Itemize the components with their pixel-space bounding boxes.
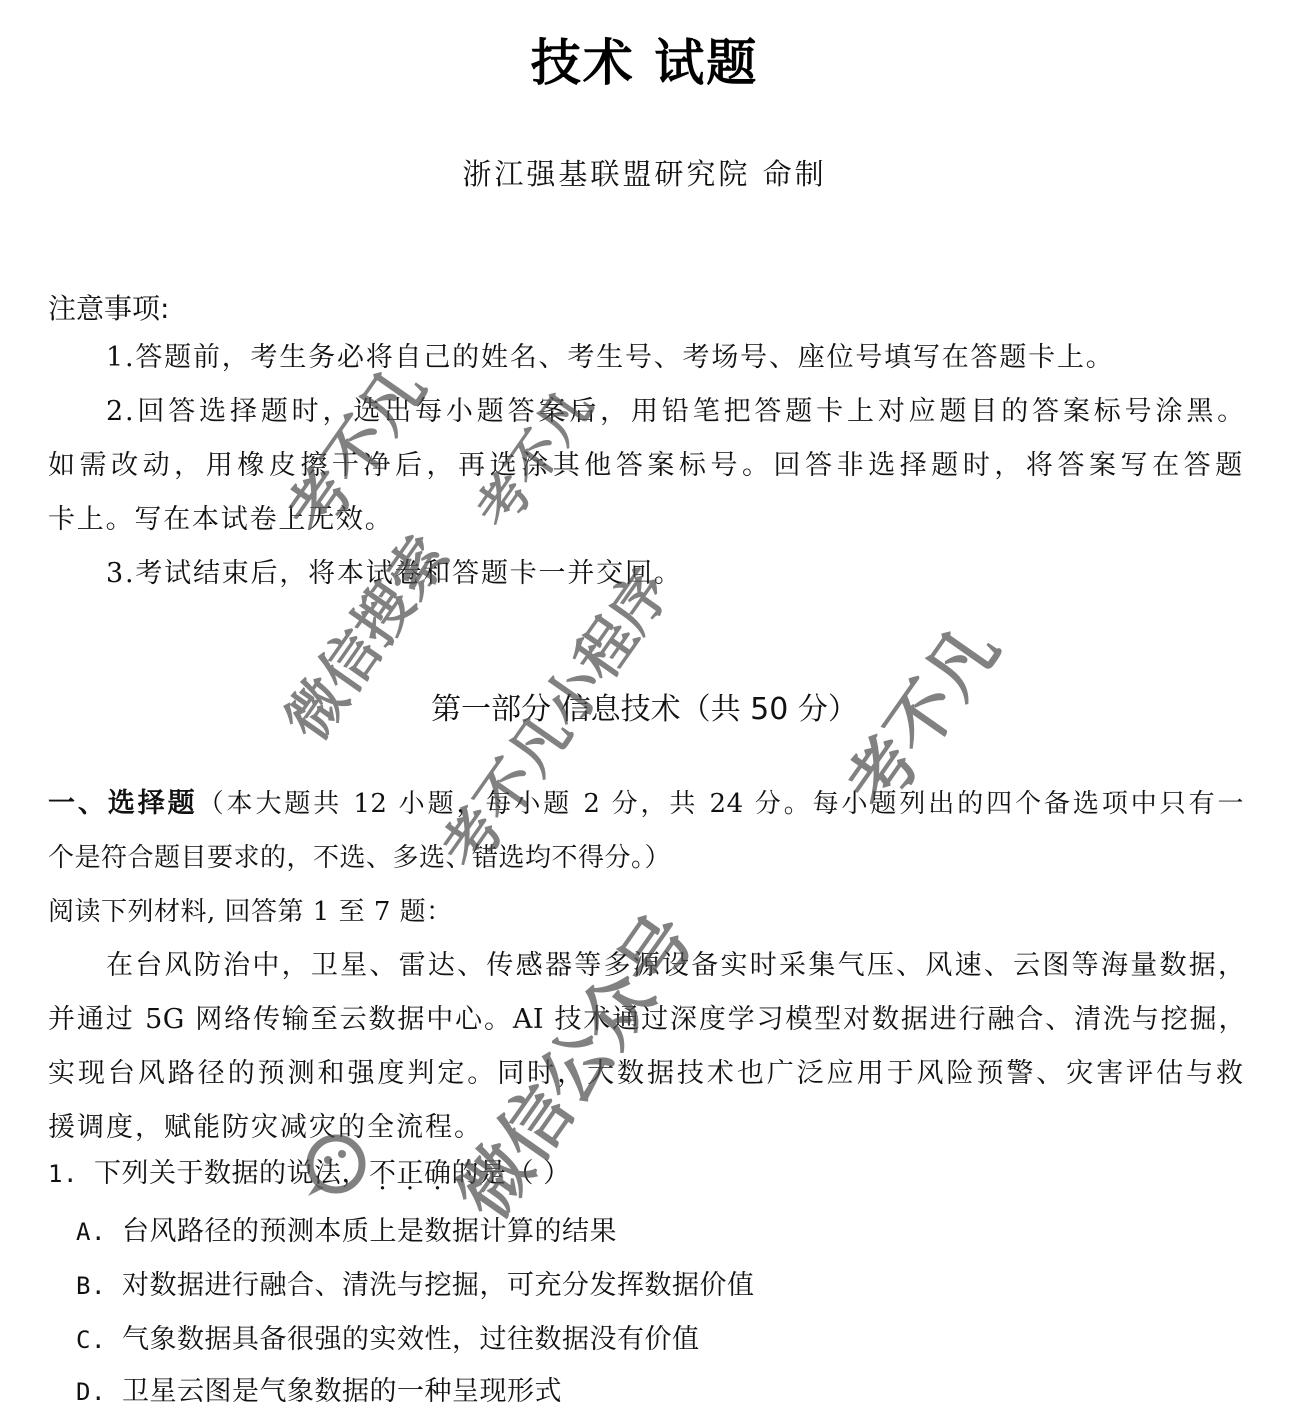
material-line-2: 并通过 5G 网络传输至云数据中心。AI 技术通过深度学习模型对数据进行融合、清… xyxy=(48,1000,1246,1040)
section-desc-2: 个是符合题目要求的，不选、多选、错选均不得分。） xyxy=(48,838,671,878)
option-letter: C. xyxy=(76,1320,122,1360)
material-line-1: 在台风防治中，卫星、雷达、传感器等多源设备实时采集气压、风速、云图等海量数据， xyxy=(106,946,1246,986)
part-heading: 第一部分 信息技术（共 50 分） xyxy=(0,688,1289,732)
option-letter: B. xyxy=(76,1266,122,1306)
section-label: 一、选择题 xyxy=(48,788,198,819)
option-letter: A. xyxy=(76,1212,122,1252)
emphasis-char: 正 xyxy=(397,1154,425,1194)
notice-item-2-cont: 如需改动，用橡皮擦干净后，再选涂其他答案标号。回答非选择题时，将答案写在答题 xyxy=(48,446,1244,486)
emphasis-char: 确 xyxy=(424,1154,452,1194)
question-stem-before: 下列关于数据的说法， xyxy=(94,1158,369,1189)
material-line-3: 实现台风路径的预测和强度判定。同时，大数据技术也广泛应用于风险预警、灾害评估与救 xyxy=(48,1054,1244,1094)
option-text: 气象数据具备很强的实效性，过往数据没有价值 xyxy=(122,1324,700,1355)
option-a: A.台风路径的预测本质上是数据计算的结果 xyxy=(76,1212,617,1252)
material-line-4: 援调度，赋能防灾减灾的全流程。 xyxy=(48,1108,483,1148)
notice-item-2: 2.回答选择题时，选出每小题答案后，用铅笔把答题卡上对应题目的答案标号涂黑。 xyxy=(106,392,1246,432)
exam-author: 浙江强基联盟研究院 命制 xyxy=(0,152,1289,196)
exam-title: 技术 试题 xyxy=(0,28,1289,98)
notice-item-1: 1.答题前，考生务必将自己的姓名、考生号、考场号、座位号填写在答题卡上。 xyxy=(106,338,1115,378)
option-d: D.卫星云图是气象数据的一种呈现形式 xyxy=(76,1372,562,1412)
section-desc-1: （本大题共 12 小题，每小题 2 分，共 24 分。每小题列出的四个备选项中只… xyxy=(198,789,1244,819)
notice-item-3: 3.考试结束后，将本试卷和答题卡一并交回。 xyxy=(106,554,683,594)
material-intro: 阅读下列材料, 回答第 1 至 7 题： xyxy=(48,892,453,932)
question-1-stem: 1.下列关于数据的说法，不正确的是（ ） xyxy=(48,1154,571,1194)
notice-item-2-end: 卡上。写在本试卷上无效。 xyxy=(48,500,394,540)
notice-heading: 注意事项: xyxy=(48,288,169,330)
emphasis-char: 不 xyxy=(369,1154,397,1194)
option-text: 对数据进行融合、清洗与挖掘，可充分发挥数据价值 xyxy=(122,1270,755,1301)
option-text: 卫星云图是气象数据的一种呈现形式 xyxy=(122,1376,562,1407)
question-number: 1. xyxy=(48,1154,94,1194)
exam-page: 技术 试题 浙江强基联盟研究院 命制 注意事项: 1.答题前，考生务必将自己的姓… xyxy=(0,0,1289,1418)
option-c: C.气象数据具备很强的实效性，过往数据没有价值 xyxy=(76,1320,700,1360)
section-header: 一、选择题（本大题共 12 小题，每小题 2 分，共 24 分。每小题列出的四个… xyxy=(48,784,1244,824)
option-text: 台风路径的预测本质上是数据计算的结果 xyxy=(122,1216,617,1247)
option-letter: D. xyxy=(76,1372,122,1412)
option-b: B.对数据进行融合、清洗与挖掘，可充分发挥数据价值 xyxy=(76,1266,755,1306)
question-stem-after: 的是（ ） xyxy=(452,1158,571,1189)
